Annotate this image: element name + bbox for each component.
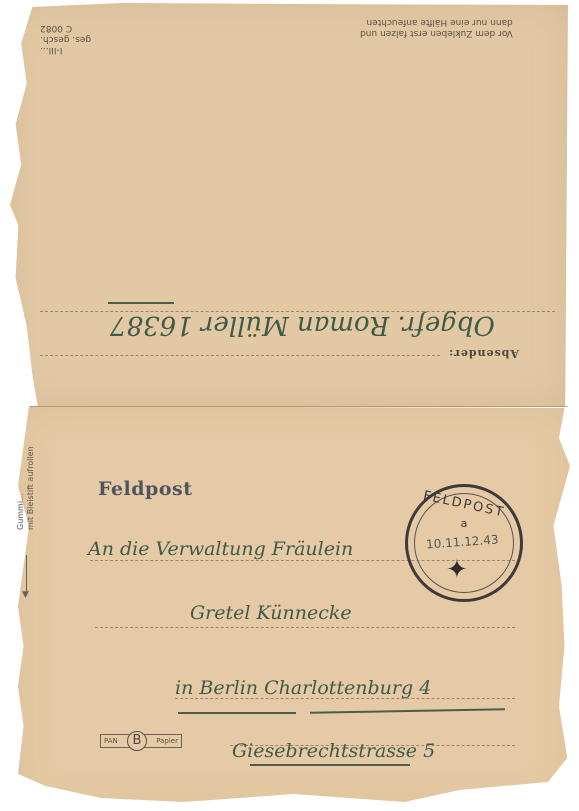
side-instruction: Gummi... mit Bleistift aufrollen bbox=[16, 446, 36, 530]
street-underline bbox=[250, 764, 410, 766]
paper-brand-left: PAN bbox=[104, 737, 118, 745]
sender-dotted-line-2 bbox=[40, 355, 440, 356]
sender-underline bbox=[108, 302, 174, 304]
sender-label: Absender: bbox=[448, 347, 519, 360]
feldpost-heading: Feldpost bbox=[98, 478, 192, 500]
postmark-letter: a bbox=[408, 517, 520, 530]
address-dotted-line-2 bbox=[95, 627, 515, 628]
form-code: I-III... ges. gesch. C 0082 bbox=[40, 22, 91, 55]
city-underline-1 bbox=[178, 712, 296, 714]
sender-handwritten: Obgefr. Roman Müller 16387 bbox=[110, 310, 495, 340]
folding-instruction: Vor dem Zukleben erst falzen und dann nu… bbox=[360, 16, 513, 38]
address-line-street: Giesebrechtstrasse 5 bbox=[232, 740, 435, 762]
address-line-city: in Berlin Charlottenburg 4 bbox=[175, 677, 431, 699]
arrow-down-icon: ▼ bbox=[22, 590, 29, 600]
address-line-recipient-name: Gretel Künnecke bbox=[190, 602, 352, 624]
fold-line bbox=[30, 406, 568, 407]
side-arrow bbox=[26, 555, 27, 595]
postmark-stamp: FELDPOST a 10.11.12.43 ✦ bbox=[405, 484, 523, 602]
eagle-icon: ✦ bbox=[446, 555, 468, 585]
paper-brand-right: Papier bbox=[156, 737, 178, 745]
address-line-recipient-title: An die Verwaltung Fräulein bbox=[88, 538, 353, 560]
paper-brand-circle: B bbox=[127, 731, 147, 751]
